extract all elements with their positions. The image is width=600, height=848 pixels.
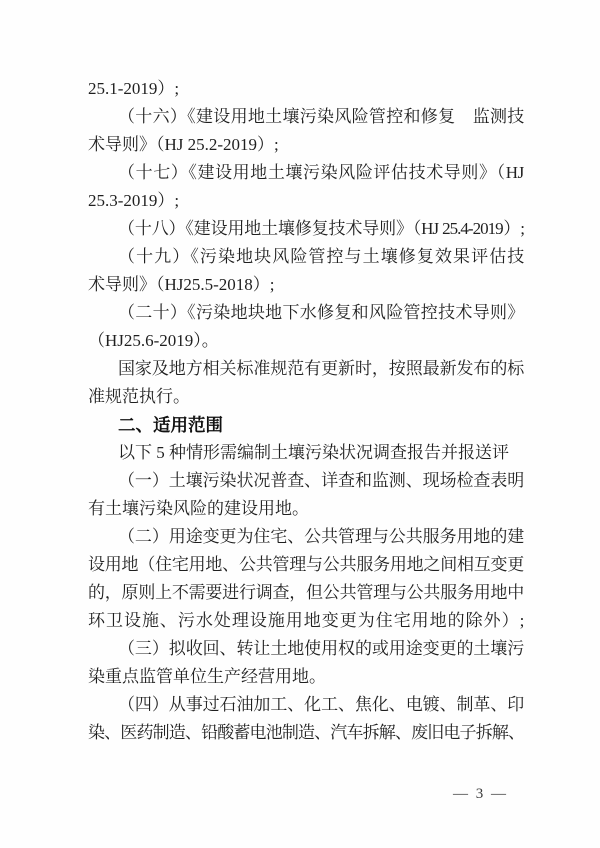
text-line: 染重点监管单位生产经营用地。 [88, 663, 524, 691]
text-line: （一）土壤污染状况普查、详查和监测、现场检查表明 [88, 467, 524, 495]
text-line: 25.3-2019）; [88, 187, 524, 215]
text-line: 25.1-2019）; [88, 75, 524, 103]
document-body: 25.1-2019）; （十六）《建设用地土壤污染风险管控和修复 监测技 术导则… [88, 75, 524, 747]
text-line: （四）从事过石油加工、化工、焦化、电镀、制革、印 [88, 691, 524, 719]
text-line: （十七）《建设用地土壤污染风险评估技术导则》（HJ [88, 159, 524, 187]
text-line: 国家及地方相关标准规范有更新时，按照最新发布的标 [88, 355, 524, 383]
text-line: 术导则》（HJ25.5-2018）; [88, 271, 524, 299]
text-line: 环卫设施、污水处理设施用地变更为住宅用地的除外）; [88, 607, 524, 635]
text-line: （十八）《建设用地土壤修复技术导则》（HJ 25.4-2019）; [88, 215, 524, 243]
section-heading: 二、适用范围 [88, 411, 524, 439]
text-line: 染、医药制造、铅酸蓄电池制造、汽车拆解、废旧电子拆解、 [88, 719, 524, 747]
document-page: 25.1-2019）; （十六）《建设用地土壤污染风险管控和修复 监测技 术导则… [0, 0, 600, 848]
text-line: 准规范执行。 [88, 383, 524, 411]
text-line: （三）拟收回、转让土地使用权的或用途变更的土壤污 [88, 635, 524, 663]
text-line: （二）用途变更为住宅、公共管理与公共服务用地的建 [88, 523, 524, 551]
text-line: 有土壤污染风险的建设用地。 [88, 495, 524, 523]
text-line: 的，原则上不需要进行调查，但公共管理与公共服务用地中 [88, 579, 524, 607]
text-line: 术导则》（HJ 25.2-2019）; [88, 131, 524, 159]
text-line: （十六）《建设用地土壤污染风险管控和修复 监测技 [88, 103, 524, 131]
text-line: 以下 5 种情形需编制土壤污染状况调查报告并报送评审： [88, 439, 524, 467]
text-line: （二十）《污染地块地下水修复和风险管控技术导则》 [88, 299, 524, 327]
text-line: （十九）《污染地块风险管控与土壤修复效果评估技 [88, 243, 524, 271]
page-number: — 3 — [453, 785, 508, 803]
text-line: 设用地（住宅用地、公共管理与公共服务用地之间相互变更 [88, 551, 524, 579]
text-line: （HJ25.6-2019）。 [88, 327, 524, 355]
